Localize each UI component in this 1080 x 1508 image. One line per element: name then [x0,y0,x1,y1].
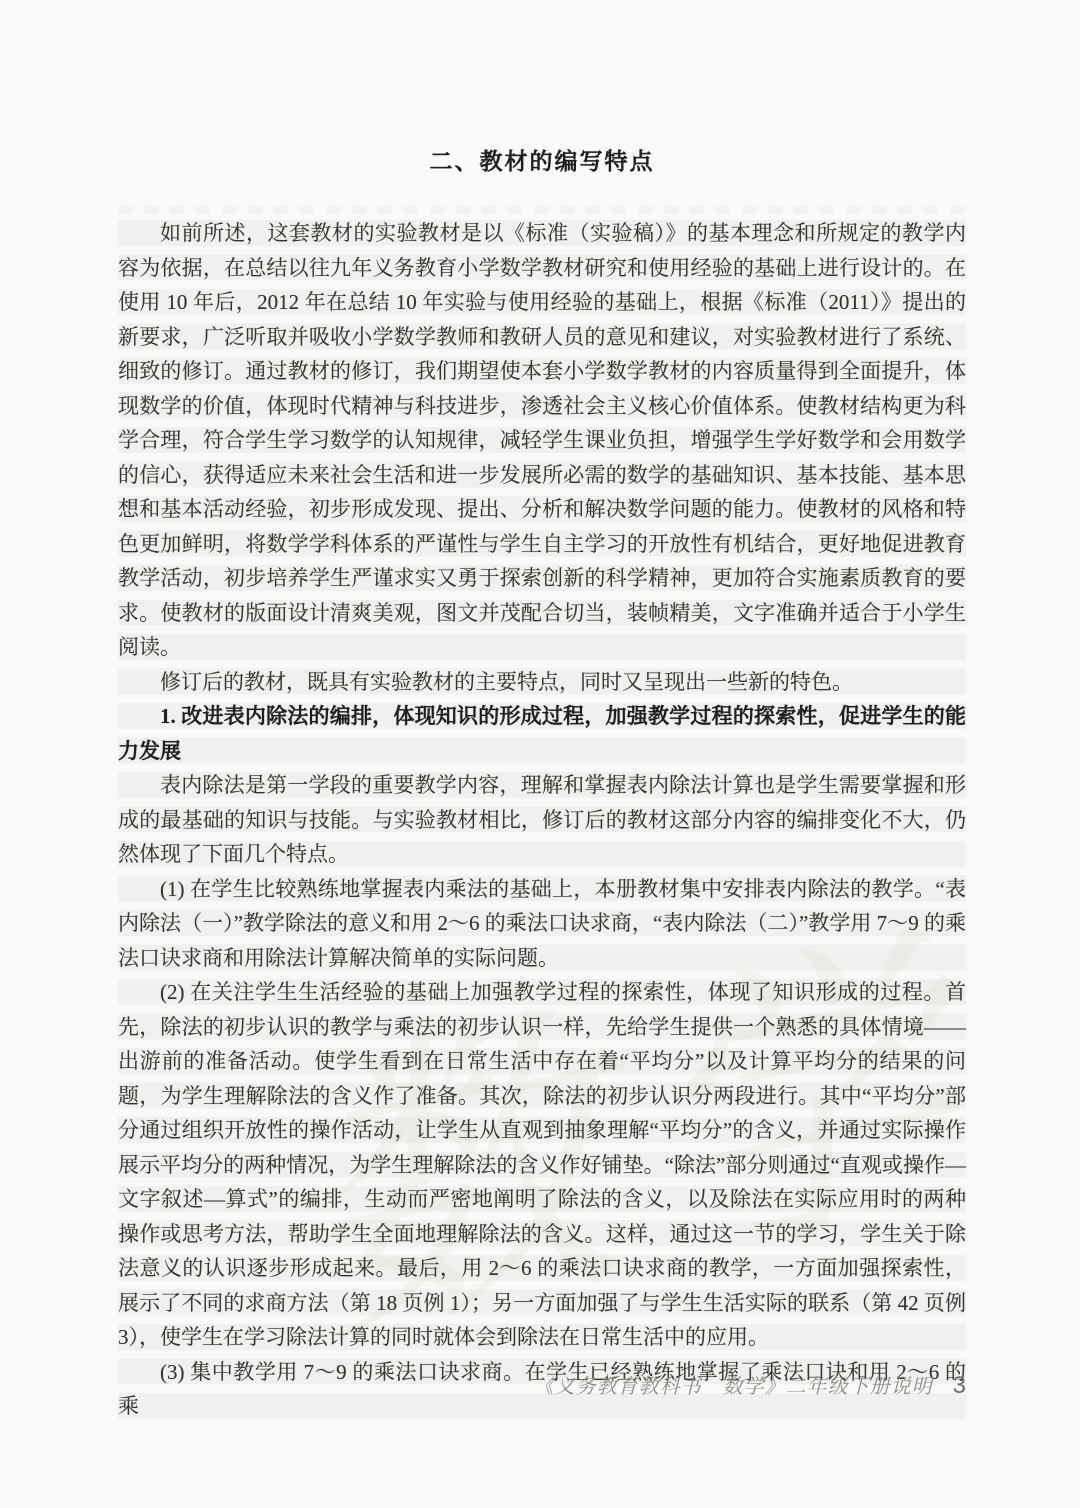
paragraph: 表内除法是第一学段的重要教学内容，理解和掌握表内除法计算也是学生需要掌握和形成的… [118,768,966,872]
scanned-document-page: { "page_title": "二、教材的编写特点", "paragraphs… [0,0,1080,1508]
paragraph: (1) 在学生比较熟练地掌握表内乘法的基础上，本册教材集中安排表内除法的教学。“… [118,872,966,976]
document-body: 如前所述，这套教材的实验教材是以《标准（实验稿）》的基本理念和所规定的教学内容为… [118,216,966,1424]
paragraph: (2) 在关注学生生活经验的基础上加强教学过程的探索性，体现了知识形成的过程。首… [118,975,966,1355]
page-footer: 《义务教育教科书 数学》二年级下册说明3 [534,1370,966,1400]
paragraph: 修订后的教材，既具有实验教材的主要特点，同时又呈现出一些新的特色。 [118,665,966,700]
paragraph: 如前所述，这套教材的实验教材是以《标准（实验稿）》的基本理念和所规定的教学内容为… [118,216,966,665]
footer-book-label: 《义务教育教科书 数学》二年级下册说明 [534,1376,933,1398]
scan-artifact [118,206,966,214]
page-title: 二、教材的编写特点 [118,143,966,176]
page-number: 3 [953,1372,966,1400]
section-heading: 1. 改进表内除法的编排，体现知识的形成过程，加强教学过程的探索性，促进学生的能… [118,699,966,768]
page-container: 二、教材的编写特点 数学 如前所述，这套教材的实验教材是以《标准（实验稿）》的基… [118,0,966,1508]
